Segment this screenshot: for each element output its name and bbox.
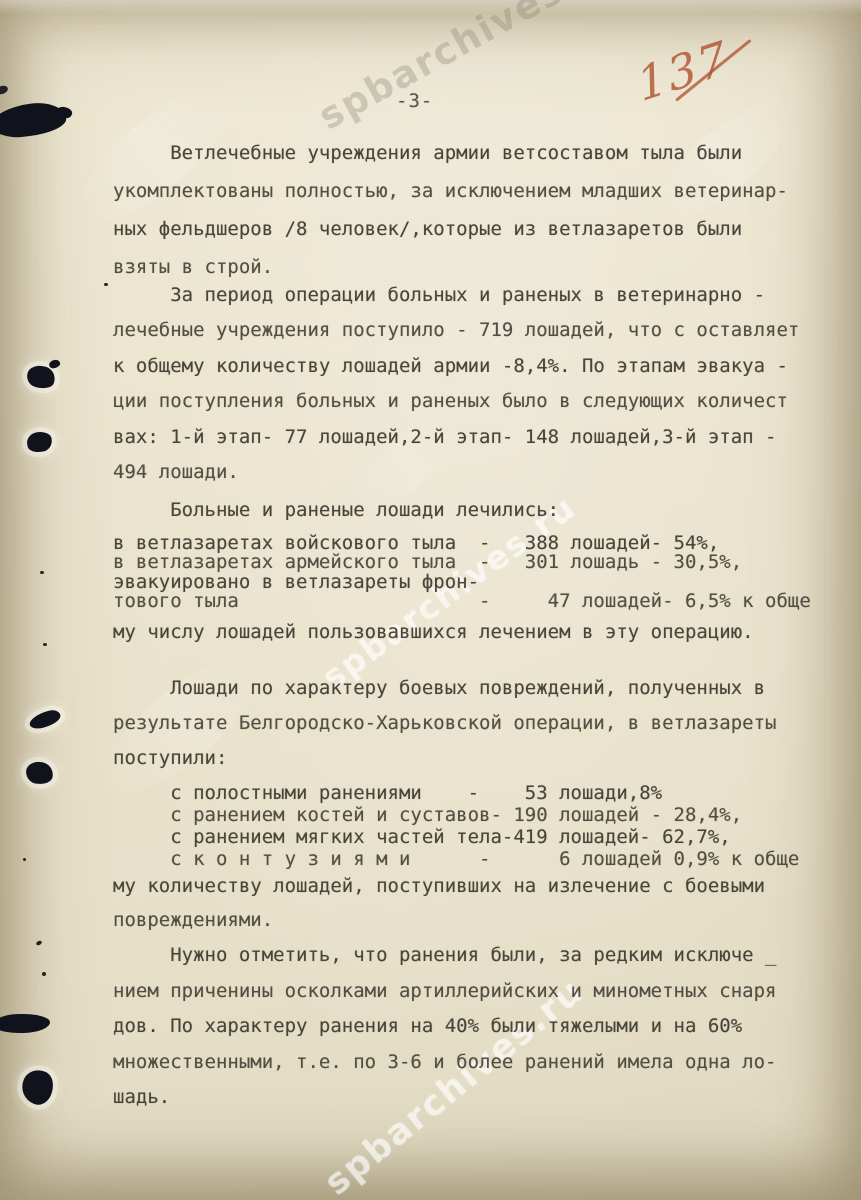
typed-text-line: му числу лошадей пользовавшихся лечением… — [113, 622, 754, 642]
typed-text-line: с полостными ранениями - 53 лошади,8% — [113, 782, 799, 804]
typed-text-line: поступили: — [113, 741, 776, 776]
page-number: -3- — [396, 90, 433, 112]
ink-blot — [25, 430, 53, 454]
typed-text-line: тового тыла - 47 лошадей- 6,5% к обще — [113, 592, 811, 611]
ink-blot — [0, 1013, 50, 1033]
typed-text-line: шадь. — [113, 1080, 776, 1116]
typed-text-line: лечебные учреждения поступило - 719 лоша… — [113, 313, 799, 348]
heading-horses-treated: Больные и раненые лошади лечились: — [113, 500, 559, 520]
continuation-treatment-total: му числу лошадей пользовавшихся лечением… — [113, 622, 754, 642]
typed-text-line: повреждениями. — [113, 903, 765, 937]
typed-text-line: результате Белгородско-Харьковской опера… — [113, 706, 776, 741]
ink-blot — [0, 100, 68, 141]
paper-top-edge — [0, 0, 861, 14]
typed-text-line: Ветлечебные учреждения армии ветсоставом… — [113, 134, 788, 172]
paragraph-injury-types-intro: Лошади по характеру боевых повреждений, … — [113, 671, 776, 776]
continuation-injury-total: му количеству лошадей, поступивших на из… — [113, 869, 765, 937]
handwritten-folio-number: 137 — [633, 30, 734, 112]
paragraph-intake-statistics: За период операции больных и раненых в в… — [113, 278, 799, 490]
typed-text-line: вах: 1-й этап- 77 лошадей,2-й этап- 148 … — [113, 420, 799, 455]
typed-text-line: с к о н т у з и я м и - 6 лошадей 0,9% к… — [113, 848, 799, 870]
typed-text-line: нием приченины осколками артиллерийских … — [113, 974, 776, 1010]
typed-text-line: множественными, т.е. по 3-6 и более ране… — [113, 1045, 776, 1081]
typed-text-line: Нужно отметить, что ранения были, за ред… — [113, 938, 776, 974]
ink-blot — [25, 760, 55, 786]
paper-speck — [43, 643, 47, 646]
typed-text-line: За период операции больных и раненых в в… — [113, 278, 799, 313]
typed-text-line: дов. По характеру ранения на 40% были тя… — [113, 1009, 776, 1045]
paper-speck — [23, 858, 26, 861]
typed-text-line: Лошади по характеру боевых повреждений, … — [113, 671, 776, 706]
typed-text-line: Больные и раненые лошади лечились: — [113, 500, 559, 520]
watermark-top: spbarchives.ru — [312, 0, 628, 138]
typed-text-line: укомплектованы полностью, за исключением… — [113, 172, 788, 210]
paragraph-vet-institutions: Ветлечебные учреждения армии ветсоставом… — [113, 134, 788, 286]
paper-speck — [40, 571, 44, 574]
typed-text-line: 494 лошади. — [113, 455, 799, 490]
ink-blot — [28, 708, 63, 730]
paragraph-shrapnel-note: Нужно отметить, что ранения были, за ред… — [113, 938, 776, 1116]
paper-speck — [35, 940, 42, 946]
typed-text-line: му количеству лошадей, поступивших на из… — [113, 869, 765, 903]
typed-text-line: с ранением мягких частей тела-419 лошаде… — [113, 826, 799, 848]
typed-text-line: эвакуировано в ветлазареты фрон- — [113, 573, 811, 592]
typed-text-line: ции поступления больных и раненых было в… — [113, 384, 799, 419]
paper-speck — [42, 972, 46, 976]
paper-speck — [104, 283, 108, 286]
typed-text-line: с ранением костей и суставов- 190 лошаде… — [113, 804, 799, 826]
ink-blot — [17, 1065, 58, 1108]
ink-blot — [0, 84, 9, 96]
typed-text-line: в ветлазаретах армейского тыла - 301 лош… — [113, 553, 811, 572]
list-treatment-locations: в ветлазаретах войскового тыла - 388 лош… — [113, 534, 811, 611]
scanned-document-page: spbarchives.ru spbarchives.ru spbarchive… — [0, 0, 861, 1200]
typed-text-line: ных фельдшеров /8 человек/,которые из ве… — [113, 210, 788, 248]
list-injury-breakdown: с полостными ранениями - 53 лошади,8% с … — [113, 782, 799, 870]
typed-text-line: к общему количеству лошадей армии -8,4%.… — [113, 349, 799, 384]
